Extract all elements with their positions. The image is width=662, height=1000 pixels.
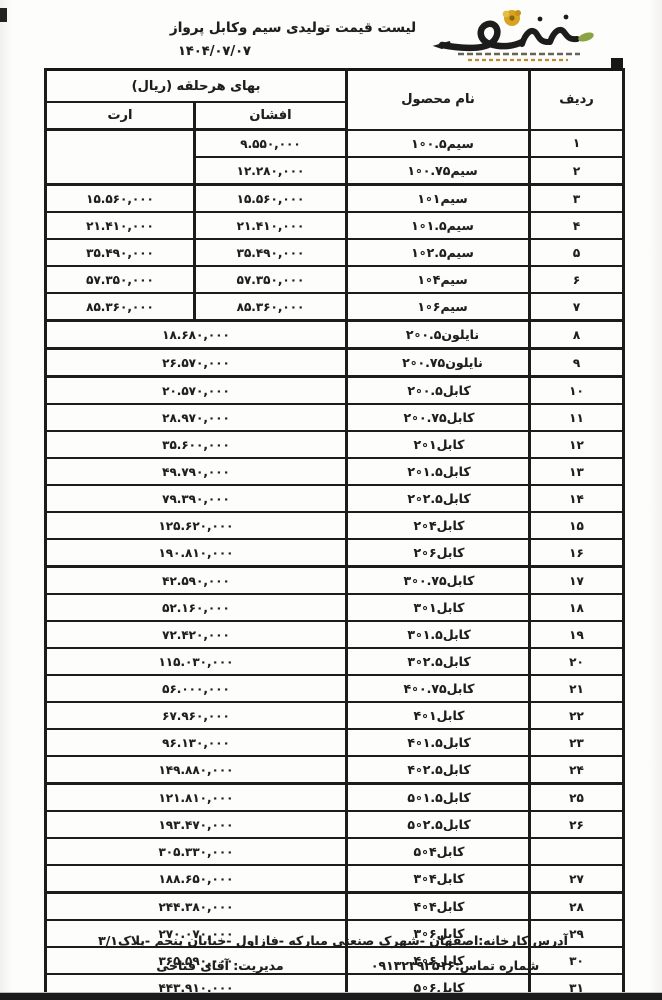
product-name-cell: کابل۵∘۱.۵ — [347, 784, 530, 812]
product-type: کابل — [443, 735, 471, 750]
row-number-cell: ۲۲ — [530, 702, 624, 729]
bottom-edge-strip — [0, 993, 662, 1000]
product-type: کابل — [443, 383, 471, 398]
header-row-no: ردیف — [530, 70, 624, 130]
product-name-cell: کابل۳∘۴ — [347, 865, 530, 893]
product-type: کابل — [437, 437, 465, 452]
row-number-cell: ۱ — [530, 130, 624, 158]
product-size: ۱∘۶ — [417, 299, 440, 314]
product-type: نایلون — [441, 327, 479, 342]
product-name-cell: نایلون۲∘۰.۷۵ — [347, 349, 530, 377]
product-type: کابل — [437, 871, 465, 886]
product-size: ۳∘۱ — [414, 600, 437, 615]
product-size: ۳∘۰.۷۵ — [404, 573, 447, 588]
row-number-cell: ۲۳ — [530, 729, 624, 756]
product-type: کابل — [443, 817, 471, 832]
product-type: کابل — [437, 844, 465, 859]
product-type: کابل — [437, 600, 465, 615]
table-row: ۴سیم۱∘۱.۵۲۱.۴۱۰,۰۰۰۲۱.۴۱۰,۰۰۰ — [46, 212, 624, 239]
price-ert-cell — [46, 130, 195, 185]
page-title: لیست قیمت تولیدی سیم وکابل پرواز — [162, 20, 424, 36]
row-number-cell: ۱۹ — [530, 621, 624, 648]
product-name-cell: سیم۱∘۶ — [347, 293, 530, 321]
document-header: لیست قیمت تولیدی سیم وکابل پرواز ۱۴۰۴/۰۷… — [162, 20, 424, 59]
product-name-cell: کابل۲∘۱.۵ — [347, 458, 530, 485]
price-ert-cell: ۳۵.۴۹۰,۰۰۰ — [46, 239, 195, 266]
product-size: ۴∘۱ — [414, 708, 437, 723]
price-list-date: ۱۴۰۴/۰۷/۰۷ — [162, 44, 424, 59]
table-row: ۱سیم۱∘۰.۵۹.۵۵۰,۰۰۰ — [46, 130, 624, 158]
product-type: سیم — [440, 191, 467, 206]
product-type: سیم — [447, 136, 474, 151]
product-name-cell: سیم۱∘۱ — [347, 185, 530, 213]
product-size: ۲∘۱.۵ — [407, 464, 442, 479]
product-name-cell: سیم۱∘۲.۵ — [347, 239, 530, 266]
product-name-cell: سیم۱∘۰.۷۵ — [347, 157, 530, 185]
product-name-cell: سیم۱∘۴ — [347, 266, 530, 293]
product-size: ۳∘۲.۵ — [407, 654, 442, 669]
table-row: ۱۰کابل۲∘۰.۵۲۰.۵۷۰,۰۰۰ — [46, 377, 624, 405]
table-row: ۱۵کابل۲∘۴۱۲۵.۶۲۰,۰۰۰ — [46, 512, 624, 539]
photo-artifact-top-left — [0, 8, 7, 22]
table-row: ۱۶کابل۲∘۶۱۹۰.۸۱۰,۰۰۰ — [46, 539, 624, 567]
product-name-cell: کابل۴∘۰.۷۵ — [347, 675, 530, 702]
row-number-cell: ۹ — [530, 349, 624, 377]
price-merged-cell: ۴۲.۵۹۰,۰۰۰ — [46, 567, 347, 595]
product-size: ۱∘۲.۵ — [411, 245, 446, 260]
price-afshan-cell: ۵۷.۳۵۰,۰۰۰ — [195, 266, 347, 293]
company-logo — [428, 4, 608, 68]
product-name-cell: کابل۴∘۴ — [347, 893, 530, 921]
table-row: ۱۴کابل۲∘۲.۵۷۹.۳۹۰,۰۰۰ — [46, 485, 624, 512]
product-size: ۳∘۴ — [414, 871, 437, 886]
product-type: سیم — [450, 163, 477, 178]
price-afshan-cell: ۱۲.۲۸۰,۰۰۰ — [195, 157, 347, 185]
row-number-cell: ۱۶ — [530, 539, 624, 567]
price-afshan-cell: ۹.۵۵۰,۰۰۰ — [195, 130, 347, 158]
row-number-cell: ۱۱ — [530, 404, 624, 431]
price-merged-cell: ۱۱۵.۰۳۰,۰۰۰ — [46, 648, 347, 675]
row-number-cell: ۷ — [530, 293, 624, 321]
row-number-cell: ۸ — [530, 321, 624, 349]
price-ert-cell: ۵۷.۳۵۰,۰۰۰ — [46, 266, 195, 293]
product-type: کابل — [443, 464, 471, 479]
scanned-price-list-page: لیست قیمت تولیدی سیم وکابل پرواز ۱۴۰۴/۰۷… — [0, 0, 662, 1000]
product-type: سیم — [440, 299, 467, 314]
price-merged-cell: ۴۹.۷۹۰,۰۰۰ — [46, 458, 347, 485]
table-row: ۲۴کابل۴∘۲.۵۱۴۹.۸۸۰,۰۰۰ — [46, 756, 624, 784]
table-row: ۵سیم۱∘۲.۵۳۵.۴۹۰,۰۰۰۳۵.۴۹۰,۰۰۰ — [46, 239, 624, 266]
product-name-cell: کابل۴∘۱.۵ — [347, 729, 530, 756]
product-name-cell: سیم۱∘۱.۵ — [347, 212, 530, 239]
product-type: سیم — [447, 218, 474, 233]
price-merged-cell: ۳۵.۶۰۰,۰۰۰ — [46, 431, 347, 458]
table-row: ۲۱کابل۴∘۰.۷۵۵۶.۰۰۰,۰۰۰ — [46, 675, 624, 702]
price-merged-cell: ۲۸.۹۷۰,۰۰۰ — [46, 404, 347, 431]
product-type: کابل — [447, 681, 475, 696]
product-name-cell: کابل۲∘۰.۵ — [347, 377, 530, 405]
product-name-cell: سیم۱∘۰.۵ — [347, 130, 530, 158]
product-type: کابل — [447, 573, 475, 588]
price-afshan-cell: ۸۵.۳۶۰,۰۰۰ — [195, 293, 347, 321]
product-name-cell: کابل۳∘۰.۷۵ — [347, 567, 530, 595]
product-size: ۱∘۰.۵ — [411, 136, 446, 151]
row-number-cell: ۴ — [530, 212, 624, 239]
product-type: کابل — [437, 899, 465, 914]
price-merged-cell: ۱۲۱.۸۱۰,۰۰۰ — [46, 784, 347, 812]
product-size: ۵∘۴ — [414, 844, 437, 859]
product-size: ۱∘۴ — [417, 272, 440, 287]
product-type: کابل — [443, 790, 471, 805]
price-ert-cell: ۱۵.۵۶۰,۰۰۰ — [46, 185, 195, 213]
header-product-name: نام محصول — [347, 70, 530, 130]
product-name-cell: کابل۲∘۴ — [347, 512, 530, 539]
table-row: ۲۷کابل۳∘۴۱۸۸.۶۵۰,۰۰۰ — [46, 865, 624, 893]
product-size: ۲∘۶ — [414, 545, 437, 560]
row-number-cell: ۵ — [530, 239, 624, 266]
product-size: ۱∘۱.۵ — [411, 218, 446, 233]
table-row: ۱۷کابل۳∘۰.۷۵۴۲.۵۹۰,۰۰۰ — [46, 567, 624, 595]
product-size: ۴∘۲.۵ — [407, 762, 442, 777]
product-type: کابل — [437, 708, 465, 723]
product-size: ۴∘۱.۵ — [407, 735, 442, 750]
product-type: کابل — [437, 518, 465, 533]
table-row: ۱۸کابل۳∘۱۵۲.۱۶۰,۰۰۰ — [46, 594, 624, 621]
row-number-cell: ۱۵ — [530, 512, 624, 539]
row-number-cell: ۱۴ — [530, 485, 624, 512]
product-type: سیم — [440, 272, 467, 287]
table-row: کابل۵∘۴۳۰۵.۳۳۰,۰۰۰ — [46, 838, 624, 865]
price-merged-cell: ۱۲۵.۶۲۰,۰۰۰ — [46, 512, 347, 539]
price-merged-cell: ۲۰.۵۷۰,۰۰۰ — [46, 377, 347, 405]
product-name-cell: کابل۳∘۱.۵ — [347, 621, 530, 648]
product-size: ۵∘۲.۵ — [407, 817, 442, 832]
table-row: ۲۲کابل۴∘۱۶۷.۹۶۰,۰۰۰ — [46, 702, 624, 729]
row-number-cell: ۱۷ — [530, 567, 624, 595]
product-size: ۲∘۴ — [414, 518, 437, 533]
row-number-cell: ۱۸ — [530, 594, 624, 621]
table-row: ۶سیم۱∘۴۵۷.۳۵۰,۰۰۰۵۷.۳۵۰,۰۰۰ — [46, 266, 624, 293]
table-row: ۱۲کابل۲∘۱۳۵.۶۰۰,۰۰۰ — [46, 431, 624, 458]
contact-phone: شماره تماس:۰۹۱۳۲۳۹۲۵۱۶ — [350, 958, 560, 973]
table-row: ۹نایلون۲∘۰.۷۵۲۶.۵۷۰,۰۰۰ — [46, 349, 624, 377]
product-type: کابل — [443, 762, 471, 777]
product-size: ۱∘۱ — [417, 191, 440, 206]
product-size: ۲∘۰.۵ — [406, 327, 441, 342]
product-type: نایلون — [445, 355, 483, 370]
product-name-cell: کابل۲∘۰.۷۵ — [347, 404, 530, 431]
price-merged-cell: ۵۲.۱۶۰,۰۰۰ — [46, 594, 347, 621]
price-table: ردیف نام محصول بهای هرحلقه (ریال) افشان … — [44, 68, 625, 1000]
product-type: کابل — [447, 410, 475, 425]
product-name-cell: کابل۳∘۲.۵ — [347, 648, 530, 675]
product-size: ۲∘۲.۵ — [407, 491, 442, 506]
product-size: ۴∘۰.۷۵ — [404, 681, 447, 696]
table-row: ۷سیم۱∘۶۸۵.۳۶۰,۰۰۰۸۵.۳۶۰,۰۰۰ — [46, 293, 624, 321]
product-name-cell: کابل۲∘۶ — [347, 539, 530, 567]
product-name-cell: کابل۴∘۲.۵ — [347, 756, 530, 784]
table-row: ۲۶کابل۵∘۲.۵۱۹۳.۴۷۰,۰۰۰ — [46, 811, 624, 838]
table-row: ۲۳کابل۴∘۱.۵۹۶.۱۳۰,۰۰۰ — [46, 729, 624, 756]
row-number-cell: ۲۰ — [530, 648, 624, 675]
table-row: ۸نایلون۲∘۰.۵۱۸.۶۸۰,۰۰۰ — [46, 321, 624, 349]
logo-flower-icon — [503, 10, 521, 26]
price-afshan-cell: ۲۱.۴۱۰,۰۰۰ — [195, 212, 347, 239]
price-merged-cell: ۱۸۸.۶۵۰,۰۰۰ — [46, 865, 347, 893]
row-number-cell: ۲۵ — [530, 784, 624, 812]
row-number-cell: ۱۰ — [530, 377, 624, 405]
price-merged-cell: ۱۸.۶۸۰,۰۰۰ — [46, 321, 347, 349]
table-row: ۲۵کابل۵∘۱.۵۱۲۱.۸۱۰,۰۰۰ — [46, 784, 624, 812]
row-number-cell: ۶ — [530, 266, 624, 293]
product-size: ۲∘۰.۷۵ — [404, 410, 447, 425]
product-size: ۲∘۰.۵ — [407, 383, 442, 398]
product-name-cell: کابل۵∘۲.۵ — [347, 811, 530, 838]
price-merged-cell: ۳۰۵.۳۳۰,۰۰۰ — [46, 838, 347, 865]
price-merged-cell: ۷۲.۴۲۰,۰۰۰ — [46, 621, 347, 648]
product-size: ۴∘۴ — [414, 899, 437, 914]
product-size: ۲∘۰.۷۵ — [402, 355, 445, 370]
product-type: کابل — [437, 545, 465, 560]
product-size: ۲∘۱ — [414, 437, 437, 452]
price-merged-cell: ۲۶.۵۷۰,۰۰۰ — [46, 349, 347, 377]
table-row: ۲۸کابل۴∘۴۲۴۴.۳۸۰,۰۰۰ — [46, 893, 624, 921]
product-type: کابل — [443, 491, 471, 506]
product-type: کابل — [443, 627, 471, 642]
header-price-group: بهای هرحلقه (ریال) — [46, 70, 347, 103]
factory-address: آدرس کارخانه:اصفهان -شهرک صنعتی مبارکه -… — [44, 933, 622, 948]
product-size: ۵∘۱.۵ — [407, 790, 442, 805]
price-merged-cell: ۱۹۳.۴۷۰,۰۰۰ — [46, 811, 347, 838]
row-number-cell: ۲۷ — [530, 865, 624, 893]
management-name: مدیریت: آقای فتاحی — [150, 958, 290, 973]
product-type: کابل — [443, 654, 471, 669]
price-merged-cell: ۱۴۹.۸۸۰,۰۰۰ — [46, 756, 347, 784]
table-row: ۱۹کابل۳∘۱.۵۷۲.۴۲۰,۰۰۰ — [46, 621, 624, 648]
price-ert-cell: ۸۵.۳۶۰,۰۰۰ — [46, 293, 195, 321]
product-name-cell: نایلون۲∘۰.۵ — [347, 321, 530, 349]
row-number-cell: ۲۴ — [530, 756, 624, 784]
header-afshan: افشان — [195, 102, 347, 130]
product-name-cell: کابل۴∘۱ — [347, 702, 530, 729]
row-number-cell: ۲۱ — [530, 675, 624, 702]
row-number-cell: ۲۶ — [530, 811, 624, 838]
product-name-cell: کابل۲∘۱ — [347, 431, 530, 458]
price-merged-cell: ۶۷.۹۶۰,۰۰۰ — [46, 702, 347, 729]
price-merged-cell: ۷۹.۳۹۰,۰۰۰ — [46, 485, 347, 512]
product-type: سیم — [447, 245, 474, 260]
table-row: ۱۱کابل۲∘۰.۷۵۲۸.۹۷۰,۰۰۰ — [46, 404, 624, 431]
row-number-cell — [530, 838, 624, 865]
price-merged-cell: ۵۶.۰۰۰,۰۰۰ — [46, 675, 347, 702]
product-name-cell: کابل۵∘۴ — [347, 838, 530, 865]
row-number-cell: ۲ — [530, 157, 624, 185]
row-number-cell: ۱۳ — [530, 458, 624, 485]
product-name-cell: کابل۳∘۱ — [347, 594, 530, 621]
product-size: ۳∘۱.۵ — [407, 627, 442, 642]
table-row: ۱۳کابل۲∘۱.۵۴۹.۷۹۰,۰۰۰ — [46, 458, 624, 485]
table-row: ۳سیم۱∘۱۱۵.۵۶۰,۰۰۰۱۵.۵۶۰,۰۰۰ — [46, 185, 624, 213]
row-number-cell: ۱۲ — [530, 431, 624, 458]
price-merged-cell: ۱۹۰.۸۱۰,۰۰۰ — [46, 539, 347, 567]
price-afshan-cell: ۳۵.۴۹۰,۰۰۰ — [195, 239, 347, 266]
row-number-cell: ۳ — [530, 185, 624, 213]
row-number-cell: ۲۸ — [530, 893, 624, 921]
product-size: ۱∘۰.۷۵ — [407, 163, 450, 178]
product-name-cell: کابل۲∘۲.۵ — [347, 485, 530, 512]
price-merged-cell: ۹۶.۱۳۰,۰۰۰ — [46, 729, 347, 756]
logo-leaf-icon — [577, 31, 595, 44]
header-ert: ارت — [46, 102, 195, 130]
table-row: ۲۰کابل۳∘۲.۵۱۱۵.۰۳۰,۰۰۰ — [46, 648, 624, 675]
price-afshan-cell: ۱۵.۵۶۰,۰۰۰ — [195, 185, 347, 213]
price-ert-cell: ۲۱.۴۱۰,۰۰۰ — [46, 212, 195, 239]
price-merged-cell: ۲۴۴.۳۸۰,۰۰۰ — [46, 893, 347, 921]
